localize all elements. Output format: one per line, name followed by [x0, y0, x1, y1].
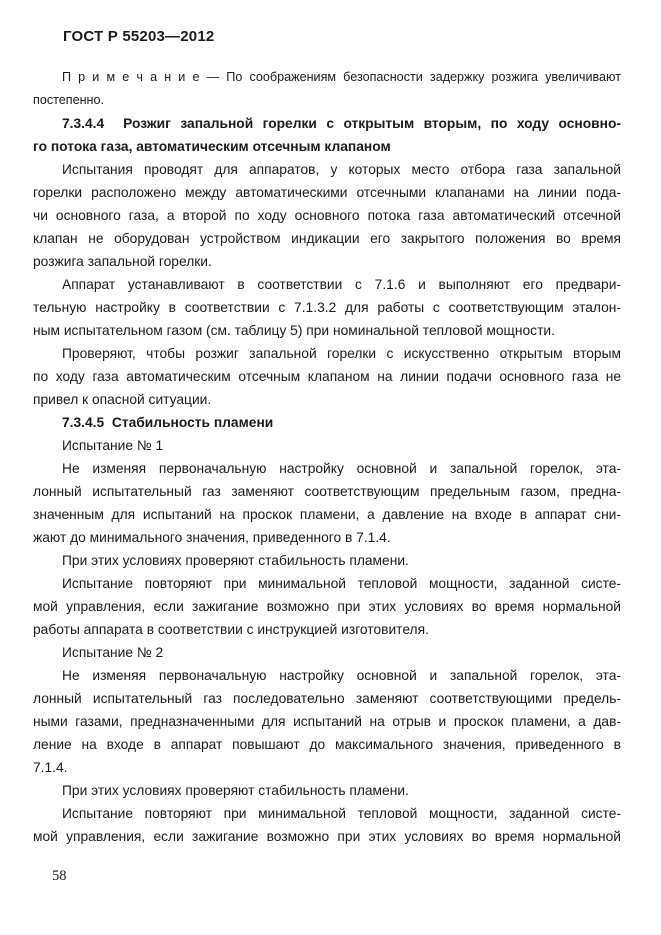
- text-line: Испытание повторяют при минимальной тепл…: [33, 802, 621, 825]
- text-line: Не изменяя первоначальную настройку осно…: [33, 457, 621, 480]
- note-paragraph: П р и м е ч а н и е — По соображениям бе…: [33, 66, 621, 112]
- document-body: П р и м е ч а н и е — По соображениям бе…: [33, 66, 621, 848]
- text-line: го потока газа, автоматическим отсечным …: [33, 135, 621, 158]
- body-paragraph: Не изменяя первоначальную настройку осно…: [33, 457, 621, 549]
- body-paragraph: Испытание № 1: [33, 434, 621, 457]
- text-line: Не изменяя первоначальную настройку осно…: [33, 664, 621, 687]
- body-paragraph: Испытание повторяют при минимальной тепл…: [33, 802, 621, 848]
- body-paragraph: Испытание повторяют при минимальной тепл…: [33, 572, 621, 641]
- text-line: розжига запальной горелки.: [33, 250, 621, 273]
- text-line: 7.1.4.: [33, 756, 621, 779]
- text-line: ным испытательном газом (см. таблицу 5) …: [33, 319, 621, 342]
- text-line: Аппарат устанавливают в соответствии с 7…: [33, 273, 621, 296]
- text-line: чи основного газа, а второй по ходу осно…: [33, 204, 621, 227]
- text-line: клапан не оборудован устройством индикац…: [33, 227, 621, 250]
- text-line: 7.3.4.4 Розжиг запальной горелки с откры…: [33, 112, 621, 135]
- text-line: постепенно.: [33, 89, 621, 112]
- section-heading: 7.3.4.4 Розжиг запальной горелки с откры…: [33, 112, 621, 158]
- text-line: Испытание повторяют при минимальной тепл…: [33, 572, 621, 595]
- document-header: ГОСТ Р 55203—2012: [63, 28, 214, 45]
- body-paragraph: Не изменяя первоначальную настройку осно…: [33, 664, 621, 779]
- text-line: горелки расположено между автоматическим…: [33, 181, 621, 204]
- text-line: по ходу газа автоматическим отсечным кла…: [33, 365, 621, 388]
- text-line: лонный испытательный газ последовательно…: [33, 687, 621, 710]
- text-line: работы аппарата в соответствии с инструк…: [33, 618, 621, 641]
- body-paragraph: Проверяют, чтобы розжиг запальной горелк…: [33, 342, 621, 411]
- text-line: ными газами, предназначенными для испыта…: [33, 710, 621, 733]
- text-line: привел к опасной ситуации.: [33, 388, 621, 411]
- text-line: Испытание № 1: [33, 434, 621, 457]
- document-page: ГОСТ Р 55203—2012 П р и м е ч а н и е — …: [0, 0, 661, 935]
- text-line: ление на входе в аппарат повышают до мак…: [33, 733, 621, 756]
- text-line: Испытания проводят для аппаратов, у кото…: [33, 158, 621, 181]
- page-number: 58: [52, 868, 67, 885]
- section-heading: 7.3.4.5 Стабильность пламени: [33, 411, 621, 434]
- text-line: Испытание № 2: [33, 641, 621, 664]
- body-paragraph: Испытание № 2: [33, 641, 621, 664]
- text-line: значенным для испытаний на проскок пламе…: [33, 503, 621, 526]
- text-line: Проверяют, чтобы розжиг запальной горелк…: [33, 342, 621, 365]
- text-line: тельную настройку в соответствии с 7.1.3…: [33, 296, 621, 319]
- text-line: 7.3.4.5 Стабильность пламени: [33, 411, 621, 434]
- text-line: мой управления, если зажигание возможно …: [33, 825, 621, 848]
- text-line: жают до минимального значения, приведенн…: [33, 526, 621, 549]
- body-paragraph: При этих условиях проверяют стабильность…: [33, 549, 621, 572]
- text-line: При этих условиях проверяют стабильность…: [33, 779, 621, 802]
- text-line: мой управления, если зажигание возможно …: [33, 595, 621, 618]
- body-paragraph: Аппарат устанавливают в соответствии с 7…: [33, 273, 621, 342]
- text-line: При этих условиях проверяют стабильность…: [33, 549, 621, 572]
- text-line: лонный испытательный газ заменяют соотве…: [33, 480, 621, 503]
- text-line: П р и м е ч а н и е — По соображениям бе…: [33, 66, 621, 89]
- body-paragraph: Испытания проводят для аппаратов, у кото…: [33, 158, 621, 273]
- body-paragraph: При этих условиях проверяют стабильность…: [33, 779, 621, 802]
